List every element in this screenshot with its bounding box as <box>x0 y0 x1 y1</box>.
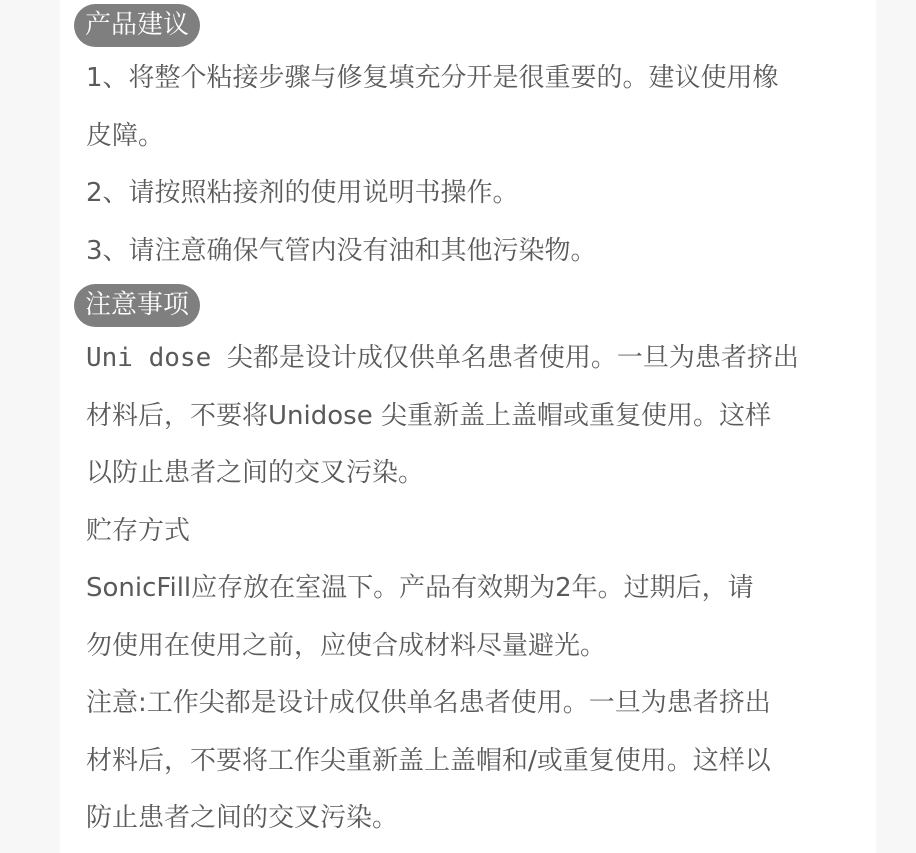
section-badge-product-advice: 产品建议 <box>74 4 200 47</box>
document-page: 产品建议 1、将整个粘接步骤与修复填充分开是很重要的。建议使用橡 皮障。 2、请… <box>60 0 876 853</box>
text-line-content: 材料后，不要将Unidose 尖重新盖上盖帽或重复使用。这样 <box>86 401 771 431</box>
section-header-row: 注意事项 <box>86 280 861 330</box>
text-line-content: Uni dose 尖都是设计成仅供单名患者使用。一旦为患者挤出 <box>86 343 799 373</box>
text-line: 皮障。 <box>86 108 861 166</box>
section-badge-precautions: 注意事项 <box>74 284 200 327</box>
text-line: Uni dose 尖都是设计成仅供单名患者使用。一旦为患者挤出 <box>86 330 861 388</box>
text-line: 防止患者之间的交叉污染。 <box>86 790 861 848</box>
text-line: SonicFill应存放在室温下。产品有效期为2年。过期后，请 <box>86 560 861 618</box>
storage-heading: 贮存方式 <box>86 503 861 561</box>
text-line: 2、请按照粘接剂的使用说明书操作。 <box>86 165 861 223</box>
text-line: 1、将整个粘接步骤与修复填充分开是很重要的。建议使用橡 <box>86 50 861 108</box>
text-line: 材料后，不要将Unidose 尖重新盖上盖帽或重复使用。这样 <box>86 388 861 446</box>
text-line: 材料后，不要将工作尖重新盖上盖帽和/或重复使用。这样以 <box>86 733 861 791</box>
document-content: 产品建议 1、将整个粘接步骤与修复填充分开是很重要的。建议使用橡 皮障。 2、请… <box>86 0 861 848</box>
text-line: 3、请注意确保气管内没有油和其他污染物。 <box>86 223 861 281</box>
text-line: 以防止患者之间的交叉污染。 <box>86 445 861 503</box>
text-line: 注意:工作尖都是设计成仅供单名患者使用。一旦为患者挤出 <box>86 675 861 733</box>
section-header-row: 产品建议 <box>86 0 861 50</box>
text-line: 勿使用在使用之前，应使合成材料尽量避光。 <box>86 618 861 676</box>
